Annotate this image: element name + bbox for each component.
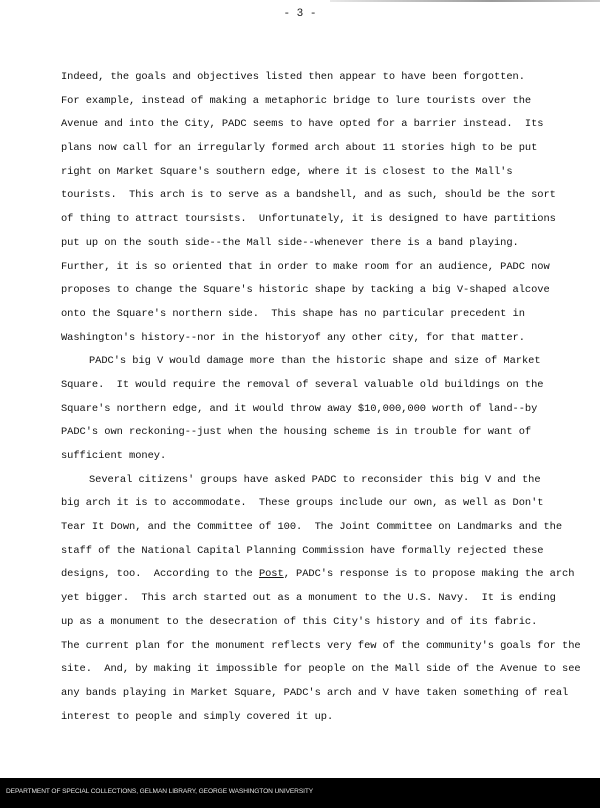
text-line: Square's northern edge, and it would thr… xyxy=(61,398,581,422)
text-line: proposes to change the Square's historic… xyxy=(61,279,581,303)
text-line: interest to people and simply covered it… xyxy=(61,706,581,730)
text-line: Tear It Down, and the Committee of 100. … xyxy=(61,516,581,540)
text-line: put up on the south side--the Mall side-… xyxy=(61,232,581,256)
text-line: sufficient money. xyxy=(61,445,581,469)
text-line: PADC's big V would damage more than the … xyxy=(61,350,581,374)
text-line: onto the Square's northern side. This sh… xyxy=(61,303,581,327)
body-text: Indeed, the goals and objectives listed … xyxy=(61,66,581,729)
text-line: staff of the National Capital Planning C… xyxy=(61,540,581,564)
text-line: Square. It would require the removal of … xyxy=(61,374,581,398)
text-line: Avenue and into the City, PADC seems to … xyxy=(61,113,581,137)
text-line: Indeed, the goals and objectives listed … xyxy=(61,66,581,90)
text-line-with-citation: designs, too. According to the Post, PAD… xyxy=(61,563,581,587)
archive-footer-bar: DEPARTMENT OF SPECIAL COLLECTIONS, GELMA… xyxy=(0,778,600,808)
text-fragment: designs, too. According to the xyxy=(61,568,259,580)
text-line: site. And, by making it impossible for p… xyxy=(61,658,581,682)
page-number: - 3 - xyxy=(0,8,600,20)
text-line: of thing to attract toursists. Unfortuna… xyxy=(61,208,581,232)
text-line: any bands playing in Market Square, PADC… xyxy=(61,682,581,706)
archive-credit: DEPARTMENT OF SPECIAL COLLECTIONS, GELMA… xyxy=(6,788,313,795)
text-line: big arch it is to accommodate. These gro… xyxy=(61,492,581,516)
document-page: - 3 - Indeed, the goals and objectives l… xyxy=(0,0,600,767)
paragraph-2: PADC's big V would damage more than the … xyxy=(61,350,581,468)
scan-edge xyxy=(330,0,600,2)
text-line: plans now call for an irregularly formed… xyxy=(61,137,581,161)
text-line: yet bigger. This arch started out as a m… xyxy=(61,587,581,611)
text-line: For example, instead of making a metapho… xyxy=(61,90,581,114)
paragraph-3: Several citizens' groups have asked PADC… xyxy=(61,469,581,730)
underlined-publication-name: Post xyxy=(259,568,284,580)
text-line: The current plan for the monument reflec… xyxy=(61,635,581,659)
paragraph-1: Indeed, the goals and objectives listed … xyxy=(61,66,581,350)
text-line: Several citizens' groups have asked PADC… xyxy=(61,469,581,493)
text-line: up as a monument to the desecration of t… xyxy=(61,611,581,635)
text-line: PADC's own reckoning--just when the hous… xyxy=(61,421,581,445)
text-line: Further, it is so oriented that in order… xyxy=(61,256,581,280)
text-line: tourists. This arch is to serve as a ban… xyxy=(61,184,581,208)
text-fragment: , PADC's response is to propose making t… xyxy=(284,568,575,580)
text-line: Washington's history--nor in the history… xyxy=(61,327,581,351)
text-line: right on Market Square's southern edge, … xyxy=(61,161,581,185)
